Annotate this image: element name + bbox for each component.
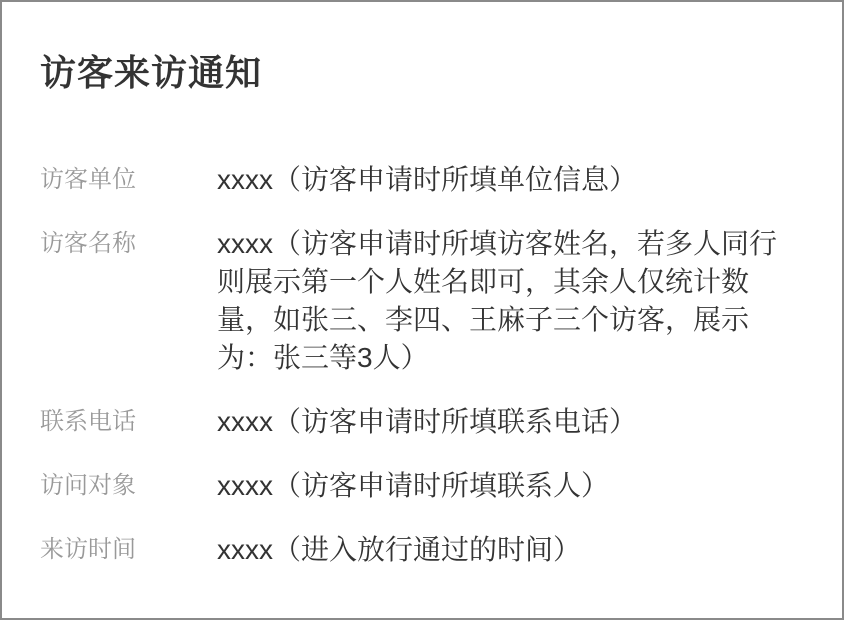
page-title: 访客来访通知 — [40, 50, 796, 97]
visitor-organization-label: 访客单位 — [40, 161, 217, 199]
visitor-name-value: xxxx（访客申请时所填访客姓名，若多人同行则展示第一个人姓名即可，其余人仅统计… — [217, 225, 796, 377]
row-visitor-name: 访客名称 xxxx（访客申请时所填访客姓名，若多人同行则展示第一个人姓名即可，其… — [40, 225, 796, 377]
contact-phone-label: 联系电话 — [40, 403, 217, 441]
visitor-notification-card: 访客来访通知 访客单位 xxxx（访客申请时所填单位信息） 访客名称 xxxx（… — [0, 0, 844, 620]
row-visitor-organization: 访客单位 xxxx（访客申请时所填单位信息） — [40, 161, 796, 199]
arrival-time-label: 来访时间 — [40, 531, 217, 569]
row-contact-phone: 联系电话 xxxx（访客申请时所填联系电话） — [40, 403, 796, 441]
visit-target-value: xxxx（访客申请时所填联系人） — [217, 467, 796, 505]
arrival-time-value: xxxx（进入放行通过的时间） — [217, 531, 796, 569]
visit-target-label: 访问对象 — [40, 467, 217, 505]
row-arrival-time: 来访时间 xxxx（进入放行通过的时间） — [40, 531, 796, 569]
row-visit-target: 访问对象 xxxx（访客申请时所填联系人） — [40, 467, 796, 505]
contact-phone-value: xxxx（访客申请时所填联系电话） — [217, 403, 796, 441]
visitor-organization-value: xxxx（访客申请时所填单位信息） — [217, 161, 796, 199]
visitor-name-label: 访客名称 — [40, 225, 217, 263]
